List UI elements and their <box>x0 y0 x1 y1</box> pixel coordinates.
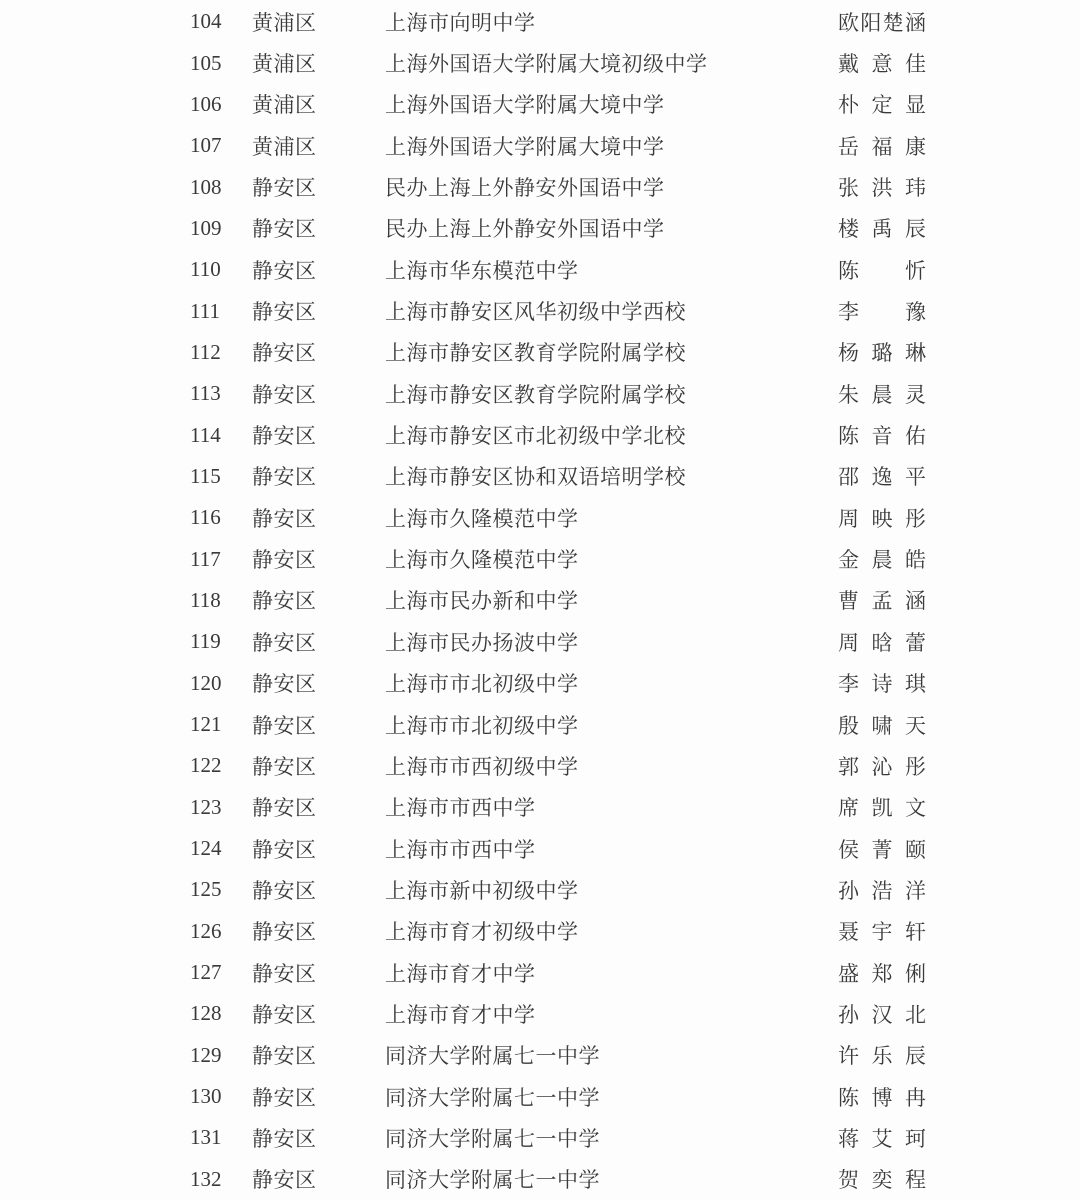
row-number-cell: 110 <box>190 257 252 282</box>
school-cell: 上海市市北初级中学 <box>385 668 838 698</box>
row-number-cell: 131 <box>190 1125 252 1150</box>
school-cell: 上海市市西中学 <box>385 834 838 864</box>
name-cell: 陈忻 <box>838 255 926 285</box>
table-row: 115 静安区 上海市静安区协和双语培明学校 邵逸平 <box>0 456 1080 497</box>
table-row: 104 黄浦区 上海市向明中学 欧阳楚涵 <box>0 1 1080 42</box>
name-cell: 朴定显 <box>838 89 926 119</box>
row-number-cell: 123 <box>190 795 252 820</box>
school-cell: 上海外国语大学附属大境初级中学 <box>385 48 838 78</box>
row-number-cell: 129 <box>190 1043 252 1068</box>
name-cell: 殷啸天 <box>838 710 926 740</box>
table-row: 122 静安区 上海市市西初级中学 郭沁彤 <box>0 745 1080 786</box>
name-cell: 陈博冉 <box>838 1082 926 1112</box>
district-cell: 静安区 <box>252 503 385 533</box>
table-row: 119 静安区 上海市民办扬波中学 周晗蕾 <box>0 621 1080 662</box>
row-number-cell: 108 <box>190 175 252 200</box>
district-cell: 静安区 <box>252 544 385 574</box>
school-cell: 上海市新中初级中学 <box>385 875 838 905</box>
school-cell: 上海市久隆模范中学 <box>385 544 838 574</box>
table-row: 129 静安区 同济大学附属七一中学 许乐辰 <box>0 1035 1080 1076</box>
district-cell: 静安区 <box>252 420 385 450</box>
row-number-cell: 117 <box>190 547 252 572</box>
name-cell: 戴意佳 <box>838 48 926 78</box>
row-number-cell: 128 <box>190 1001 252 1026</box>
school-cell: 上海市向明中学 <box>385 7 838 37</box>
school-cell: 上海外国语大学附属大境中学 <box>385 131 838 161</box>
table-row: 123 静安区 上海市市西中学 席凯文 <box>0 787 1080 828</box>
row-number-cell: 120 <box>190 671 252 696</box>
school-cell: 上海市民办扬波中学 <box>385 627 838 657</box>
school-cell: 上海市市西初级中学 <box>385 751 838 781</box>
table-row: 121 静安区 上海市市北初级中学 殷啸天 <box>0 704 1080 745</box>
row-number-cell: 127 <box>190 960 252 985</box>
row-number-cell: 125 <box>190 877 252 902</box>
school-cell: 上海市市北初级中学 <box>385 710 838 740</box>
table-row: 124 静安区 上海市市西中学 侯菁颐 <box>0 828 1080 869</box>
name-cell: 岳福康 <box>838 131 926 161</box>
district-cell: 静安区 <box>252 1040 385 1070</box>
district-cell: 静安区 <box>252 710 385 740</box>
table-row: 127 静安区 上海市育才中学 盛郑俐 <box>0 952 1080 993</box>
district-cell: 静安区 <box>252 999 385 1029</box>
row-number-cell: 130 <box>190 1084 252 1109</box>
district-cell: 静安区 <box>252 255 385 285</box>
school-cell: 上海市市西中学 <box>385 792 838 822</box>
table-row: 110 静安区 上海市华东模范中学 陈忻 <box>0 249 1080 290</box>
district-cell: 静安区 <box>252 875 385 905</box>
row-number-cell: 121 <box>190 712 252 737</box>
row-number-cell: 107 <box>190 133 252 158</box>
table-row: 106 黄浦区 上海外国语大学附属大境中学 朴定显 <box>0 84 1080 125</box>
school-cell: 上海市久隆模范中学 <box>385 503 838 533</box>
name-cell: 张洪玮 <box>838 172 926 202</box>
name-cell: 许乐辰 <box>838 1040 926 1070</box>
name-cell: 杨璐琳 <box>838 337 926 367</box>
row-number-cell: 124 <box>190 836 252 861</box>
table-row: 117 静安区 上海市久隆模范中学 金晨皓 <box>0 538 1080 579</box>
name-cell: 李诗琪 <box>838 668 926 698</box>
school-cell: 民办上海上外静安外国语中学 <box>385 213 838 243</box>
row-number-cell: 122 <box>190 753 252 778</box>
document-page: 104 黄浦区 上海市向明中学 欧阳楚涵 105 黄浦区 上海外国语大学附属大境… <box>0 0 1080 1200</box>
district-cell: 静安区 <box>252 379 385 409</box>
row-number-cell: 132 <box>190 1167 252 1192</box>
district-cell: 静安区 <box>252 172 385 202</box>
name-cell: 邵逸平 <box>838 461 926 491</box>
table-row: 132 静安区 同济大学附属七一中学 贺奕程 <box>0 1159 1080 1200</box>
name-cell: 周晗蕾 <box>838 627 926 657</box>
name-cell: 金晨皓 <box>838 544 926 574</box>
school-cell: 上海市华东模范中学 <box>385 255 838 285</box>
district-cell: 静安区 <box>252 1082 385 1112</box>
row-number-cell: 126 <box>190 919 252 944</box>
district-cell: 静安区 <box>252 1164 385 1194</box>
table-row: 113 静安区 上海市静安区教育学院附属学校 朱晨灵 <box>0 373 1080 414</box>
district-cell: 静安区 <box>252 668 385 698</box>
district-cell: 静安区 <box>252 792 385 822</box>
row-number-cell: 106 <box>190 92 252 117</box>
name-cell: 聂宇轩 <box>838 916 926 946</box>
school-cell: 上海市静安区风华初级中学西校 <box>385 296 838 326</box>
roster-table-body: 104 黄浦区 上海市向明中学 欧阳楚涵 105 黄浦区 上海外国语大学附属大境… <box>0 1 1080 1200</box>
name-cell: 侯菁颐 <box>838 834 926 864</box>
row-number-cell: 111 <box>190 299 252 324</box>
district-cell: 黄浦区 <box>252 89 385 119</box>
name-cell: 陈音佑 <box>838 420 926 450</box>
district-cell: 静安区 <box>252 213 385 243</box>
table-row: 120 静安区 上海市市北初级中学 李诗琪 <box>0 663 1080 704</box>
district-cell: 静安区 <box>252 627 385 657</box>
name-cell: 朱晨灵 <box>838 379 926 409</box>
row-number-cell: 115 <box>190 464 252 489</box>
table-row: 118 静安区 上海市民办新和中学 曹孟涵 <box>0 580 1080 621</box>
name-cell: 孙浩洋 <box>838 875 926 905</box>
district-cell: 静安区 <box>252 585 385 615</box>
name-cell: 楼禹辰 <box>838 213 926 243</box>
row-number-cell: 116 <box>190 505 252 530</box>
row-number-cell: 118 <box>190 588 252 613</box>
row-number-cell: 109 <box>190 216 252 241</box>
name-cell: 席凯文 <box>838 792 926 822</box>
table-row: 130 静安区 同济大学附属七一中学 陈博冉 <box>0 1076 1080 1117</box>
name-cell: 周映彤 <box>838 503 926 533</box>
school-cell: 同济大学附属七一中学 <box>385 1123 838 1153</box>
table-row: 128 静安区 上海市育才中学 孙汉北 <box>0 993 1080 1034</box>
school-cell: 上海市静安区教育学院附属学校 <box>385 337 838 367</box>
row-number-cell: 104 <box>190 9 252 34</box>
table-row: 105 黄浦区 上海外国语大学附属大境初级中学 戴意佳 <box>0 42 1080 83</box>
name-cell: 郭沁彤 <box>838 751 926 781</box>
name-cell: 贺奕程 <box>838 1164 926 1194</box>
school-cell: 上海市育才初级中学 <box>385 916 838 946</box>
name-cell: 蒋艾珂 <box>838 1123 926 1153</box>
district-cell: 黄浦区 <box>252 131 385 161</box>
district-cell: 黄浦区 <box>252 7 385 37</box>
table-row: 112 静安区 上海市静安区教育学院附属学校 杨璐琳 <box>0 332 1080 373</box>
district-cell: 静安区 <box>252 958 385 988</box>
school-cell: 同济大学附属七一中学 <box>385 1164 838 1194</box>
district-cell: 静安区 <box>252 461 385 491</box>
table-row: 109 静安区 民办上海上外静安外国语中学 楼禹辰 <box>0 208 1080 249</box>
table-row: 116 静安区 上海市久隆模范中学 周映彤 <box>0 497 1080 538</box>
school-cell: 上海市育才中学 <box>385 958 838 988</box>
school-cell: 上海市静安区协和双语培明学校 <box>385 461 838 491</box>
name-cell: 盛郑俐 <box>838 958 926 988</box>
district-cell: 静安区 <box>252 1123 385 1153</box>
table-row: 108 静安区 民办上海上外静安外国语中学 张洪玮 <box>0 166 1080 207</box>
school-cell: 同济大学附属七一中学 <box>385 1082 838 1112</box>
school-cell: 上海市民办新和中学 <box>385 585 838 615</box>
school-cell: 民办上海上外静安外国语中学 <box>385 172 838 202</box>
name-cell: 孙汉北 <box>838 999 926 1029</box>
school-cell: 同济大学附属七一中学 <box>385 1040 838 1070</box>
school-cell: 上海市静安区市北初级中学北校 <box>385 420 838 450</box>
district-cell: 黄浦区 <box>252 48 385 78</box>
district-cell: 静安区 <box>252 296 385 326</box>
school-cell: 上海外国语大学附属大境中学 <box>385 89 838 119</box>
district-cell: 静安区 <box>252 916 385 946</box>
row-number-cell: 105 <box>190 51 252 76</box>
table-row: 131 静安区 同济大学附属七一中学 蒋艾珂 <box>0 1117 1080 1158</box>
name-cell: 欧阳楚涵 <box>838 7 926 37</box>
district-cell: 静安区 <box>252 337 385 367</box>
row-number-cell: 114 <box>190 423 252 448</box>
table-row: 114 静安区 上海市静安区市北初级中学北校 陈音佑 <box>0 414 1080 455</box>
school-cell: 上海市静安区教育学院附属学校 <box>385 379 838 409</box>
district-cell: 静安区 <box>252 834 385 864</box>
district-cell: 静安区 <box>252 751 385 781</box>
table-row: 111 静安区 上海市静安区风华初级中学西校 李豫 <box>0 290 1080 331</box>
name-cell: 李豫 <box>838 296 926 326</box>
school-cell: 上海市育才中学 <box>385 999 838 1029</box>
table-row: 125 静安区 上海市新中初级中学 孙浩洋 <box>0 869 1080 910</box>
table-row: 107 黄浦区 上海外国语大学附属大境中学 岳福康 <box>0 125 1080 166</box>
row-number-cell: 112 <box>190 340 252 365</box>
row-number-cell: 113 <box>190 381 252 406</box>
name-cell: 曹孟涵 <box>838 585 926 615</box>
row-number-cell: 119 <box>190 629 252 654</box>
table-row: 126 静安区 上海市育才初级中学 聂宇轩 <box>0 911 1080 952</box>
